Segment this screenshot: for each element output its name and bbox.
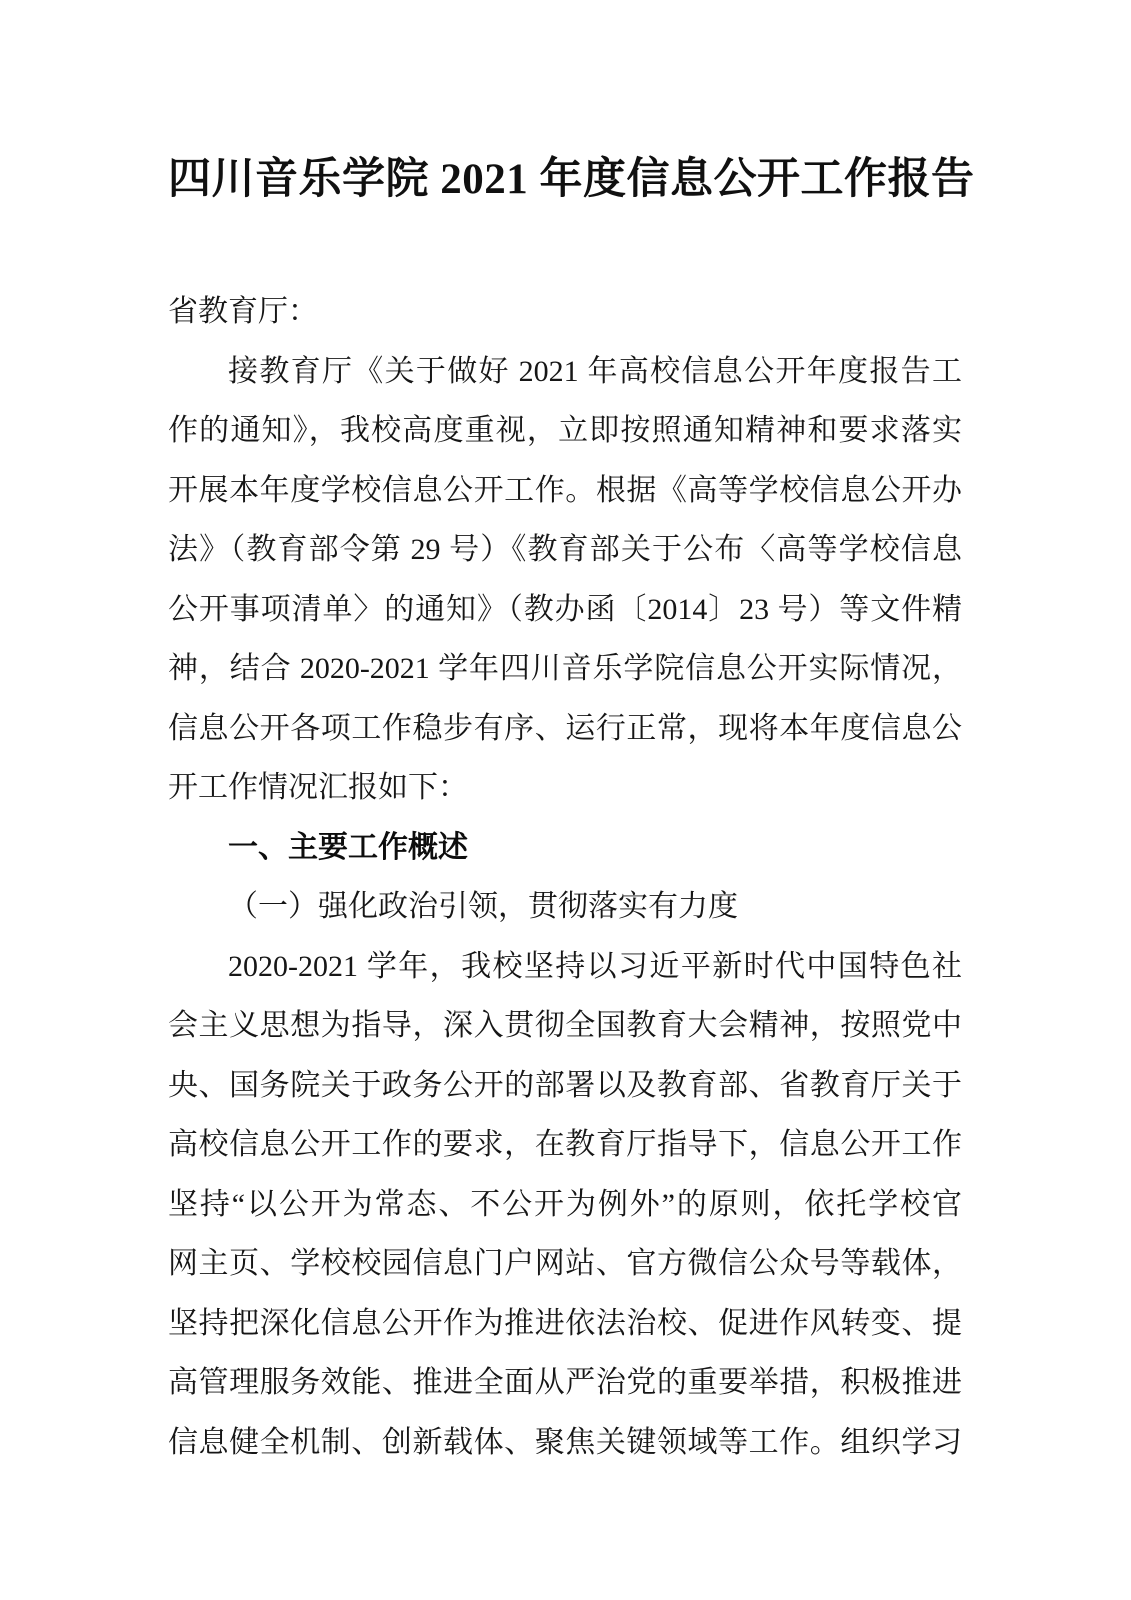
text-line: 坚持“以公开为常态、不公开为例外”的原则，依托学校官 bbox=[168, 1175, 962, 1235]
section-heading: 一、主要工作概述 bbox=[168, 818, 962, 878]
text-line: 接教育厅《关于做好 2021 年高校信息公开年度报告工 bbox=[168, 342, 962, 402]
text-line: 高校信息公开工作的要求，在教育厅指导下，信息公开工作 bbox=[168, 1115, 962, 1175]
text-line: 开展本年度学校信息公开工作。根据《高等学校信息公开办 bbox=[168, 461, 962, 521]
text-line: 信息健全机制、创新载体、聚焦关键领域等工作。组织学习 bbox=[168, 1413, 962, 1473]
text-line: 高管理服务效能、推进全面从严治党的重要举措，积极推进 bbox=[168, 1353, 962, 1413]
text-line: 开工作情况汇报如下： bbox=[168, 758, 962, 818]
text-line: 省教育厅： bbox=[168, 282, 962, 342]
text-line: 坚持把深化信息公开作为推进依法治校、促进作风转变、提 bbox=[168, 1294, 962, 1354]
document-page: 四川音乐学院 2021 年度信息公开工作报告 省教育厅：接教育厅《关于做好 20… bbox=[0, 0, 1131, 1600]
text-line: 法》（教育部令第 29 号）《教育部关于公布〈高等学校信息 bbox=[168, 520, 962, 580]
subsection-heading: （一）强化政治引领，贯彻落实有力度 bbox=[168, 877, 962, 937]
text-line: 作的通知》，我校高度重视，立即按照通知精神和要求落实 bbox=[168, 401, 962, 461]
text-line: 会主义思想为指导，深入贯彻全国教育大会精神，按照党中 bbox=[168, 996, 962, 1056]
document-body: 省教育厅：接教育厅《关于做好 2021 年高校信息公开年度报告工作的通知》，我校… bbox=[168, 282, 962, 1472]
text-line: 公开事项清单〉的通知》（教办函〔2014〕23 号）等文件精 bbox=[168, 580, 962, 640]
text-line: 信息公开各项工作稳步有序、运行正常，现将本年度信息公 bbox=[168, 699, 962, 759]
text-line: 央、国务院关于政务公开的部署以及教育部、省教育厅关于 bbox=[168, 1056, 962, 1116]
text-line: 网主页、学校校园信息门户网站、官方微信公众号等载体， bbox=[168, 1234, 962, 1294]
document-title: 四川音乐学院 2021 年度信息公开工作报告 bbox=[168, 150, 962, 210]
text-line: 2020-2021 学年，我校坚持以习近平新时代中国特色社 bbox=[168, 937, 962, 997]
text-line: 神，结合 2020-2021 学年四川音乐学院信息公开实际情况， bbox=[168, 639, 962, 699]
